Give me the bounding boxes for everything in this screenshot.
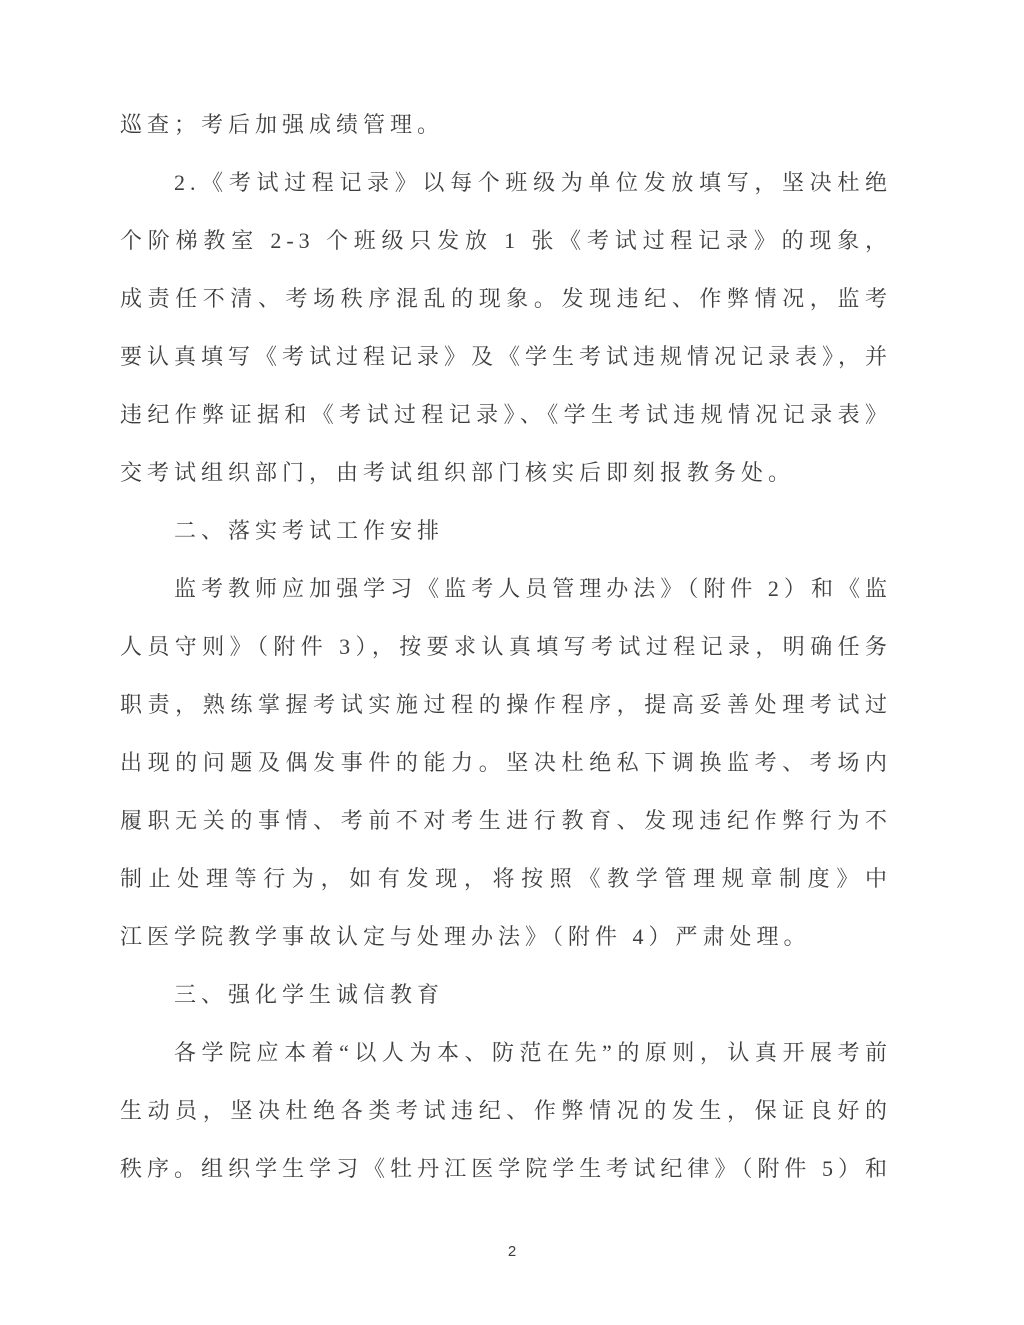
paragraph-line: 人员守则》（附件 3），按要求认真填写考试过程记录，明确任务和 [120,618,892,676]
document-page: 巡查；考后加强成绩管理。 2.《考试过程记录》以每个班级为单位发放填写，坚决杜绝… [0,0,1024,1325]
paragraph-first-line: 各学院应本着“以人为本、防范在先”的原则，认真开展考前学 [120,1024,892,1082]
paragraph-line: 履职无关的事情、考前不对考生进行教育、发现违纪作弊行为不及时 [120,792,892,850]
section-heading-3: 三、强化学生诚信教育 [120,966,892,1024]
paragraph-first-line: 监考教师应加强学习《监考人员管理办法》（附件 2）和《监考 [120,560,892,618]
paragraph-end-line: 巡查；考后加强成绩管理。 [120,96,892,154]
paragraph-line: 个阶梯教室 2-3 个班级只发放 1 张《考试过程记录》的现象，避免造 [120,212,892,270]
document-body: 巡查；考后加强成绩管理。 2.《考试过程记录》以每个班级为单位发放填写，坚决杜绝… [120,96,892,1198]
paragraph-line: 制止处理等行为，如有发现，将按照《教学管理规章制度》中《牡丹 [120,850,892,908]
paragraph-line: 生动员，坚决杜绝各类考试违纪、作弊情况的发生，保证良好的考试 [120,1082,892,1140]
paragraph-end-line: 江医学院教学事故认定与处理办法》（附件 4）严肃处理。 [120,908,892,966]
paragraph-line: 出现的问题及偶发事件的能力。坚决杜绝私下调换监考、考场内做与 [120,734,892,792]
paragraph-end-line: 交考试组织部门，由考试组织部门核实后即刻报教务处。 [120,444,892,502]
paragraph-line: 秩序。组织学生学习《牡丹江医学院学生考试纪律》（附件 5）和《牡 [120,1140,892,1198]
paragraph-line: 违纪作弊证据和《考试过程记录》、《学生考试违规情况记录表》送 [120,386,892,444]
paragraph-line: 成责任不清、考场秩序混乱的现象。发现违纪、作弊情况，监考教师 [120,270,892,328]
paragraph-line: 要认真填写《考试过程记录》及《学生考试违规情况记录表》，并将 [120,328,892,386]
paragraph-first-line: 2.《考试过程记录》以每个班级为单位发放填写，坚决杜绝 1 [120,154,892,212]
page-number: 2 [0,1243,1024,1260]
section-heading-2: 二、落实考试工作安排 [120,502,892,560]
paragraph-line: 职责，熟练掌握考试实施过程的操作程序，提高妥善处理考试过程中 [120,676,892,734]
